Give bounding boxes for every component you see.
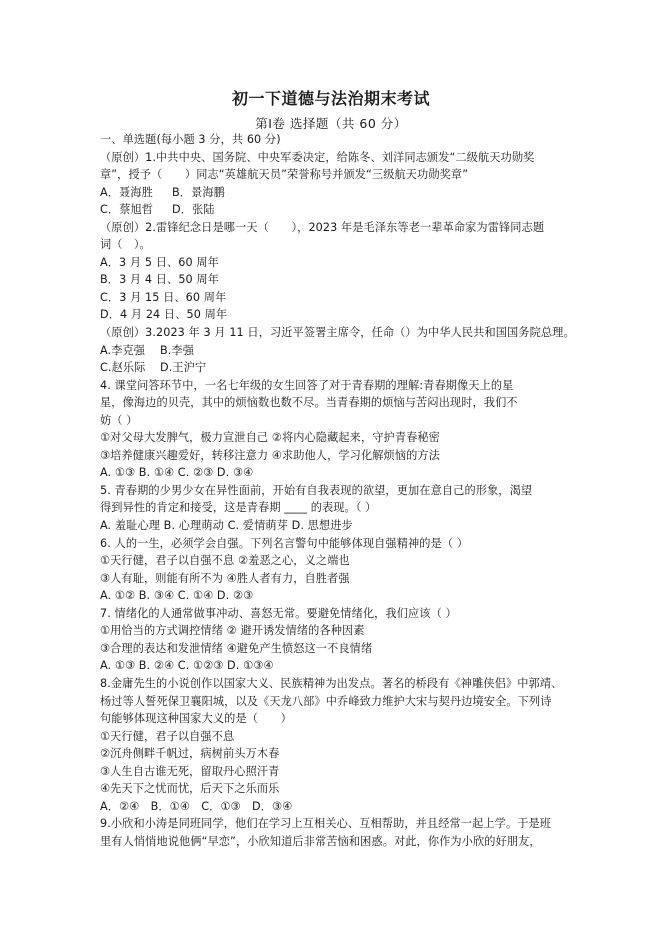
option-d: D．4 月 24 日、50 周年: [100, 306, 570, 324]
question-1: （原创）1.中共中央、国务院、中央军委决定，给陈冬、刘洋同志颁发“二级航天功勋奖…: [100, 149, 570, 219]
question-statement-line: ③人有耻，则能有所不为 ④胜人者有力，自胜者强: [100, 570, 570, 588]
question-stem-line: 8.金庸先生的小说创作以国家大义、民族精神为出发点。著名的桥段有《神雕侠侣》中郭…: [100, 675, 570, 693]
question-stem-line: 4. 课堂问答环节中，一名七年级的女生回答了对于青春期的理解:青春期像天上的星: [100, 377, 570, 395]
option-d: D.王沪宁: [160, 359, 206, 377]
question-statement-line: ①天行健，君子以自强不息: [100, 728, 570, 746]
option-c: C.赵乐际: [100, 359, 160, 377]
question-stem-line: 得到异性的肯定和接受，这是青春期 ____ 的表现。（ ）: [100, 499, 570, 517]
question-stem-line: 里有人悄悄地说他俩“早恋”，小欣知道后非常苦恼和困惑。对此，你作为小欣的好朋友，: [100, 833, 570, 851]
question-stem-line: 词（ ）。: [100, 236, 570, 254]
question-2: （原创）2.雷锋纪念日是哪一天（ ），2023 年是毛泽东等老一辈革命家为雷锋同…: [100, 219, 570, 324]
option-b: B．3 月 4 日、50 周年: [100, 271, 570, 289]
question-7: 7. 情绪化的人通常做事冲动、喜怒无常。要避免情绪化，我们应该（ ） ①用恰当的…: [100, 605, 570, 675]
exam-body: 一、单选题(每小题 3 分，共 60 分) （原创）1.中共中央、国务院、中央军…: [100, 131, 570, 850]
option-a: A．3 月 5 日、60 周年: [100, 254, 570, 272]
question-4: 4. 课堂问答环节中，一名七年级的女生回答了对于青春期的理解:青春期像天上的星 …: [100, 377, 570, 482]
question-stem-line: （原创）2.雷锋纪念日是哪一天（ ），2023 年是毛泽东等老一辈革命家为雷锋同…: [100, 219, 570, 237]
option-d: D．张陆: [172, 201, 215, 219]
question-3: （原创）3.2023 年 3 月 11 日，习近平签署主席令，任命（）为中华人民…: [100, 324, 570, 377]
option-c: C．3 月 15 日、60 周年: [100, 289, 570, 307]
option-row: A.李克强B.李强: [100, 342, 570, 360]
question-stem-line: 杨过等人誓死保卫襄阳城，以及《天龙八部》中乔峰致力维护大宋与契丹边境安全。下列诗: [100, 693, 570, 711]
page-title: 初一下道德与法治期末考试: [0, 86, 662, 109]
question-9: 9.小欣和小涛是同班同学，他们在学习上互相关心、互相帮助，并且经常一起上学。于是…: [100, 815, 570, 850]
question-statement-line: ①用恰当的方式调控情绪 ② 避开诱发情绪的各种因素: [100, 622, 570, 640]
question-stem-line: 9.小欣和小涛是同班同学，他们在学习上互相关心、互相帮助，并且经常一起上学。于是…: [100, 815, 570, 833]
option-row: A．聂海胜B．景海鹏: [100, 184, 570, 202]
question-stem-line: 星，像海边的贝壳，其中的烦恼数也数不尽。当青春期的烦恼与苦闷出现时，我们不: [100, 394, 570, 412]
answer-options: A．②④ B．①④ C．①③ D．③④: [100, 798, 570, 816]
option-row: C．蔡旭哲D．张陆: [100, 201, 570, 219]
answer-options: A. 羞耻心理 B. 心理萌动 C. 爱情萌芽 D. 思想进步: [100, 517, 570, 535]
question-stem-line: （原创）3.2023 年 3 月 11 日，习近平签署主席令，任命（）为中华人民…: [100, 324, 570, 342]
question-6: 6. 人的一生，必须学会自强。下列名言警句中能够体现自强精神的是（ ） ①天行健…: [100, 535, 570, 605]
question-5: 5. 青春期的少男少女在异性面前，开始有自我表现的欲望，更加在意自己的形象，渴望…: [100, 482, 570, 535]
question-stem-line: 妨（ ）: [100, 412, 570, 430]
question-stem-line: 句能够体现这种国家大义的是（ ）: [100, 710, 570, 728]
option-a: A．聂海胜: [100, 184, 172, 202]
question-statement-line: ③合理的表达和发泄情绪 ④避免产生愤怒这一不良情绪: [100, 640, 570, 658]
question-statement-line: ④先天下之忧而忧，后天下之乐而乐: [100, 780, 570, 798]
question-statement-line: ③人生自古谁无死，留取丹心照汗青: [100, 763, 570, 781]
exam-page: 初一下道德与法治期末考试 第Ⅰ卷 选择题（共 60 分） 一、单选题(每小题 3…: [0, 0, 662, 936]
answer-options: A. ①③ B. ①④ C. ②③ D. ③④: [100, 464, 570, 482]
question-stem-line: 5. 青春期的少男少女在异性面前，开始有自我表现的欲望，更加在意自己的形象，渴望: [100, 482, 570, 500]
question-statement-line: ①对父母大发脾气，极力宣泄自己 ②将内心隐藏起来，守护青春秘密: [100, 429, 570, 447]
section-subtitle: 第Ⅰ卷 选择题（共 60 分）: [0, 114, 662, 132]
question-stem-line: 章”，授予（ ）同志“英雄航天员”荣誉称号并颁发“三级航天功勋奖章”: [100, 166, 570, 184]
question-stem-line: 7. 情绪化的人通常做事冲动、喜怒无常。要避免情绪化，我们应该（ ）: [100, 605, 570, 623]
option-c: C．蔡旭哲: [100, 201, 172, 219]
question-stem-line: （原创）1.中共中央、国务院、中央军委决定，给陈冬、刘洋同志颁发“二级航天功勋奖: [100, 149, 570, 167]
question-statement-line: ①天行健，君子以自强不息 ②羞恶之心，义之端也: [100, 552, 570, 570]
answer-options: A. ①③ B. ②④ C. ①②③ D. ①③④: [100, 657, 570, 675]
option-a: A.李克强: [100, 342, 160, 360]
question-statement-line: ②沉舟侧畔千帆过，病树前头万木春: [100, 745, 570, 763]
option-b: B．景海鹏: [172, 184, 225, 202]
question-statement-line: ③培养健康兴趣爱好，转移注意力 ④求助他人，学习化解烦恼的方法: [100, 447, 570, 465]
answer-options: A. ①② B. ③④ C. ①④ D. ②③: [100, 587, 570, 605]
option-b: B.李强: [160, 342, 194, 360]
question-stem-line: 6. 人的一生，必须学会自强。下列名言警句中能够体现自强精神的是（ ）: [100, 535, 570, 553]
question-8: 8.金庸先生的小说创作以国家大义、民族精神为出发点。著名的桥段有《神雕侠侣》中郭…: [100, 675, 570, 815]
section-heading: 一、单选题(每小题 3 分，共 60 分): [100, 131, 570, 149]
option-row: C.赵乐际D.王沪宁: [100, 359, 570, 377]
